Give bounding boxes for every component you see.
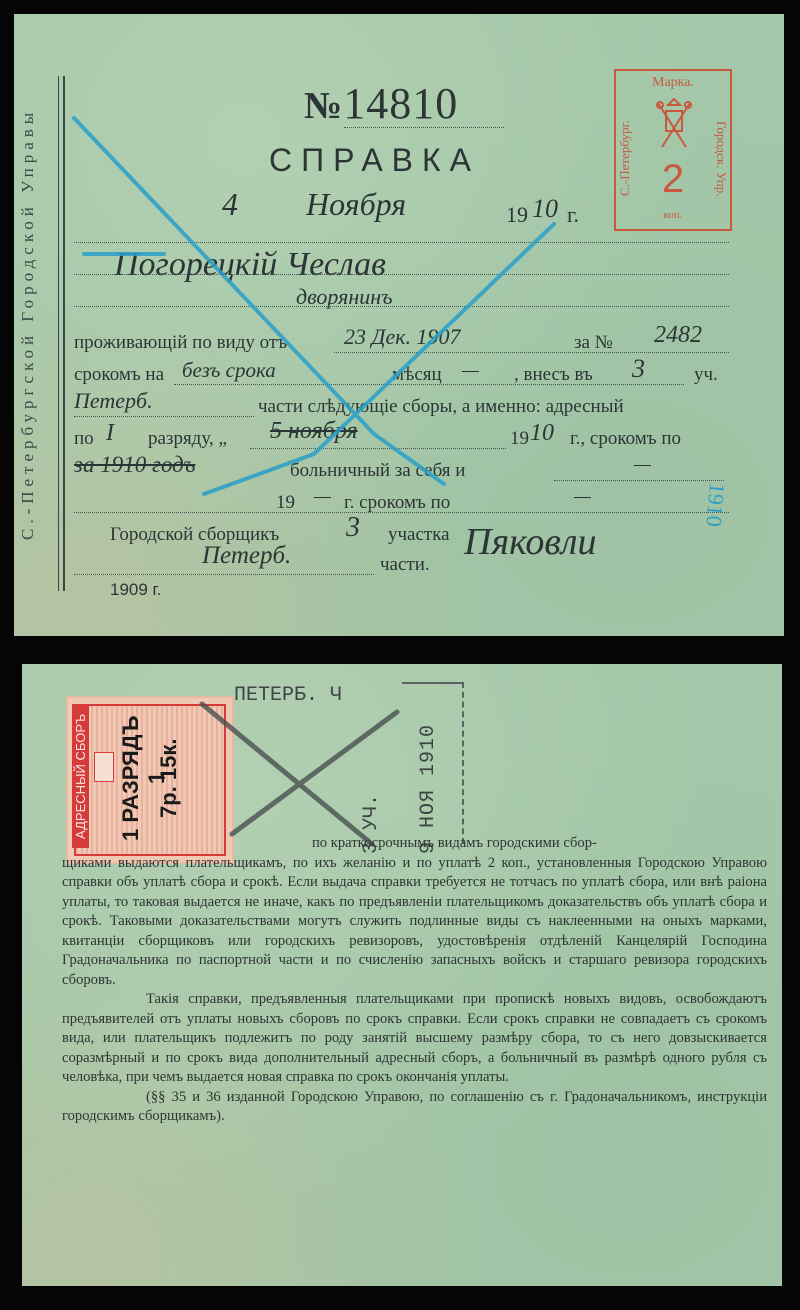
- fees-label: части слѣдующіе сборы, а именно: адресны…: [258, 396, 624, 418]
- dotted-line: [334, 352, 729, 353]
- dotted-line: [554, 480, 724, 481]
- line6-dash: —: [314, 486, 331, 508]
- line6-label: г. срокомъ по: [344, 492, 450, 514]
- number-sign: №: [304, 85, 343, 127]
- entered-label: , внесъ въ: [514, 364, 593, 386]
- print-year: 1909 г.: [110, 580, 161, 600]
- margin-rule: [58, 76, 65, 591]
- category-label: разряду, „: [148, 428, 227, 450]
- term-label: срокомъ на: [74, 364, 164, 386]
- passport-number: 2482: [654, 322, 702, 349]
- part-value: Петерб.: [74, 388, 153, 414]
- instructions-paragraph-1: щиками выдаются плательщикамъ, по ихъ же…: [62, 854, 767, 991]
- date-month: Ноября: [306, 186, 406, 223]
- stamp-value: 2: [616, 157, 730, 202]
- dotted-line: [250, 448, 506, 449]
- coat-of-arms-icon: [94, 752, 114, 782]
- number-value: 14810: [343, 79, 458, 128]
- postmark-date: 9 НОЯ 1910: [417, 704, 440, 854]
- dotted-line: [74, 306, 729, 307]
- margin-note: 1910: [700, 482, 730, 528]
- collector-part-label: части.: [380, 554, 430, 576]
- stamp-unit: коп.: [616, 209, 730, 221]
- dotted-line: [74, 242, 729, 243]
- collector-district: 3: [346, 512, 360, 544]
- holder-name: Погорецкій Чеслав: [114, 246, 386, 284]
- term-until-label: г., срокомъ по: [570, 428, 681, 450]
- term-value: безъ срока: [182, 358, 276, 383]
- dotted-line: [74, 416, 254, 417]
- perforated-edge: [778, 664, 786, 1286]
- residence-label: проживающій по виду отъ: [74, 332, 287, 354]
- coat-of-arms-icon: [656, 97, 692, 153]
- dotted-line: [74, 574, 374, 575]
- dotted-line: [344, 127, 504, 128]
- fee-year-value: 10: [530, 420, 554, 447]
- hospital-value: —: [634, 454, 651, 476]
- document-title: СПРАВКА: [269, 142, 480, 179]
- dotted-line: [74, 274, 729, 275]
- certificate-number: №14810: [304, 78, 458, 129]
- dotted-line: [174, 384, 684, 385]
- collector-district-label: участка: [388, 524, 450, 546]
- line6-year-prefix: 19: [276, 492, 295, 514]
- perforated-edge: [10, 14, 18, 636]
- month-label: мѣсяц: [392, 364, 442, 386]
- collector-signature: Пяковли: [464, 520, 597, 564]
- date-year-suffix: 10: [532, 194, 558, 224]
- city-duty-stamp: Марка. С.-Петербург. Городск. Упр. 2 коп…: [614, 69, 732, 231]
- instructions-first-line: по краткосрочнымъ видамъ городскими сбор…: [62, 834, 767, 854]
- date-year-prefix: 19: [506, 202, 528, 228]
- month-value: —: [462, 360, 479, 382]
- fee-date: 5 ноября: [270, 418, 358, 445]
- date-day: 4: [222, 186, 238, 223]
- fee-period: за 1910 годъ: [74, 452, 195, 478]
- date-year-unit: г.: [567, 202, 579, 228]
- stamp-top-text: Марка.: [616, 75, 730, 91]
- fee-year-prefix: 19: [510, 428, 529, 450]
- perforated-edge: [780, 14, 788, 636]
- passport-date: 23 Дек. 1907: [344, 324, 461, 350]
- po-label: по: [74, 428, 94, 450]
- instructions-paragraph-3: (§§ 35 и 36 изданной Городскою Управою, …: [62, 1088, 767, 1127]
- passport-no-label: за №: [574, 332, 613, 354]
- instructions-paragraph-2: Такія справки, предъявленныя плательщика…: [62, 990, 767, 1088]
- certificate-front: С.-Петербургской Городской Управы №14810…: [14, 14, 784, 636]
- district-value: 3: [632, 354, 645, 384]
- hospital-label: больничный за себя и: [290, 460, 465, 482]
- margin-vertical-text: С.-Петербургской Городской Управы: [18, 54, 40, 594]
- line6-value: —: [574, 486, 591, 508]
- cancel-x-mark: [172, 684, 412, 854]
- instructions-text: по краткосрочнымъ видамъ городскими сбор…: [62, 834, 767, 1127]
- dotted-line: [74, 512, 729, 513]
- category-value: I: [106, 420, 114, 447]
- district-label: уч.: [694, 364, 718, 386]
- collector-part: Петерб.: [202, 542, 291, 570]
- revenue-stamp-label: АДРЕСНЫЙ СБОРЪ: [72, 704, 89, 848]
- certificate-back: АДРЕСНЫЙ СБОРЪ 1 РАЗРЯДЪ 1 7р. 15к. ПЕТЕ…: [22, 664, 782, 1286]
